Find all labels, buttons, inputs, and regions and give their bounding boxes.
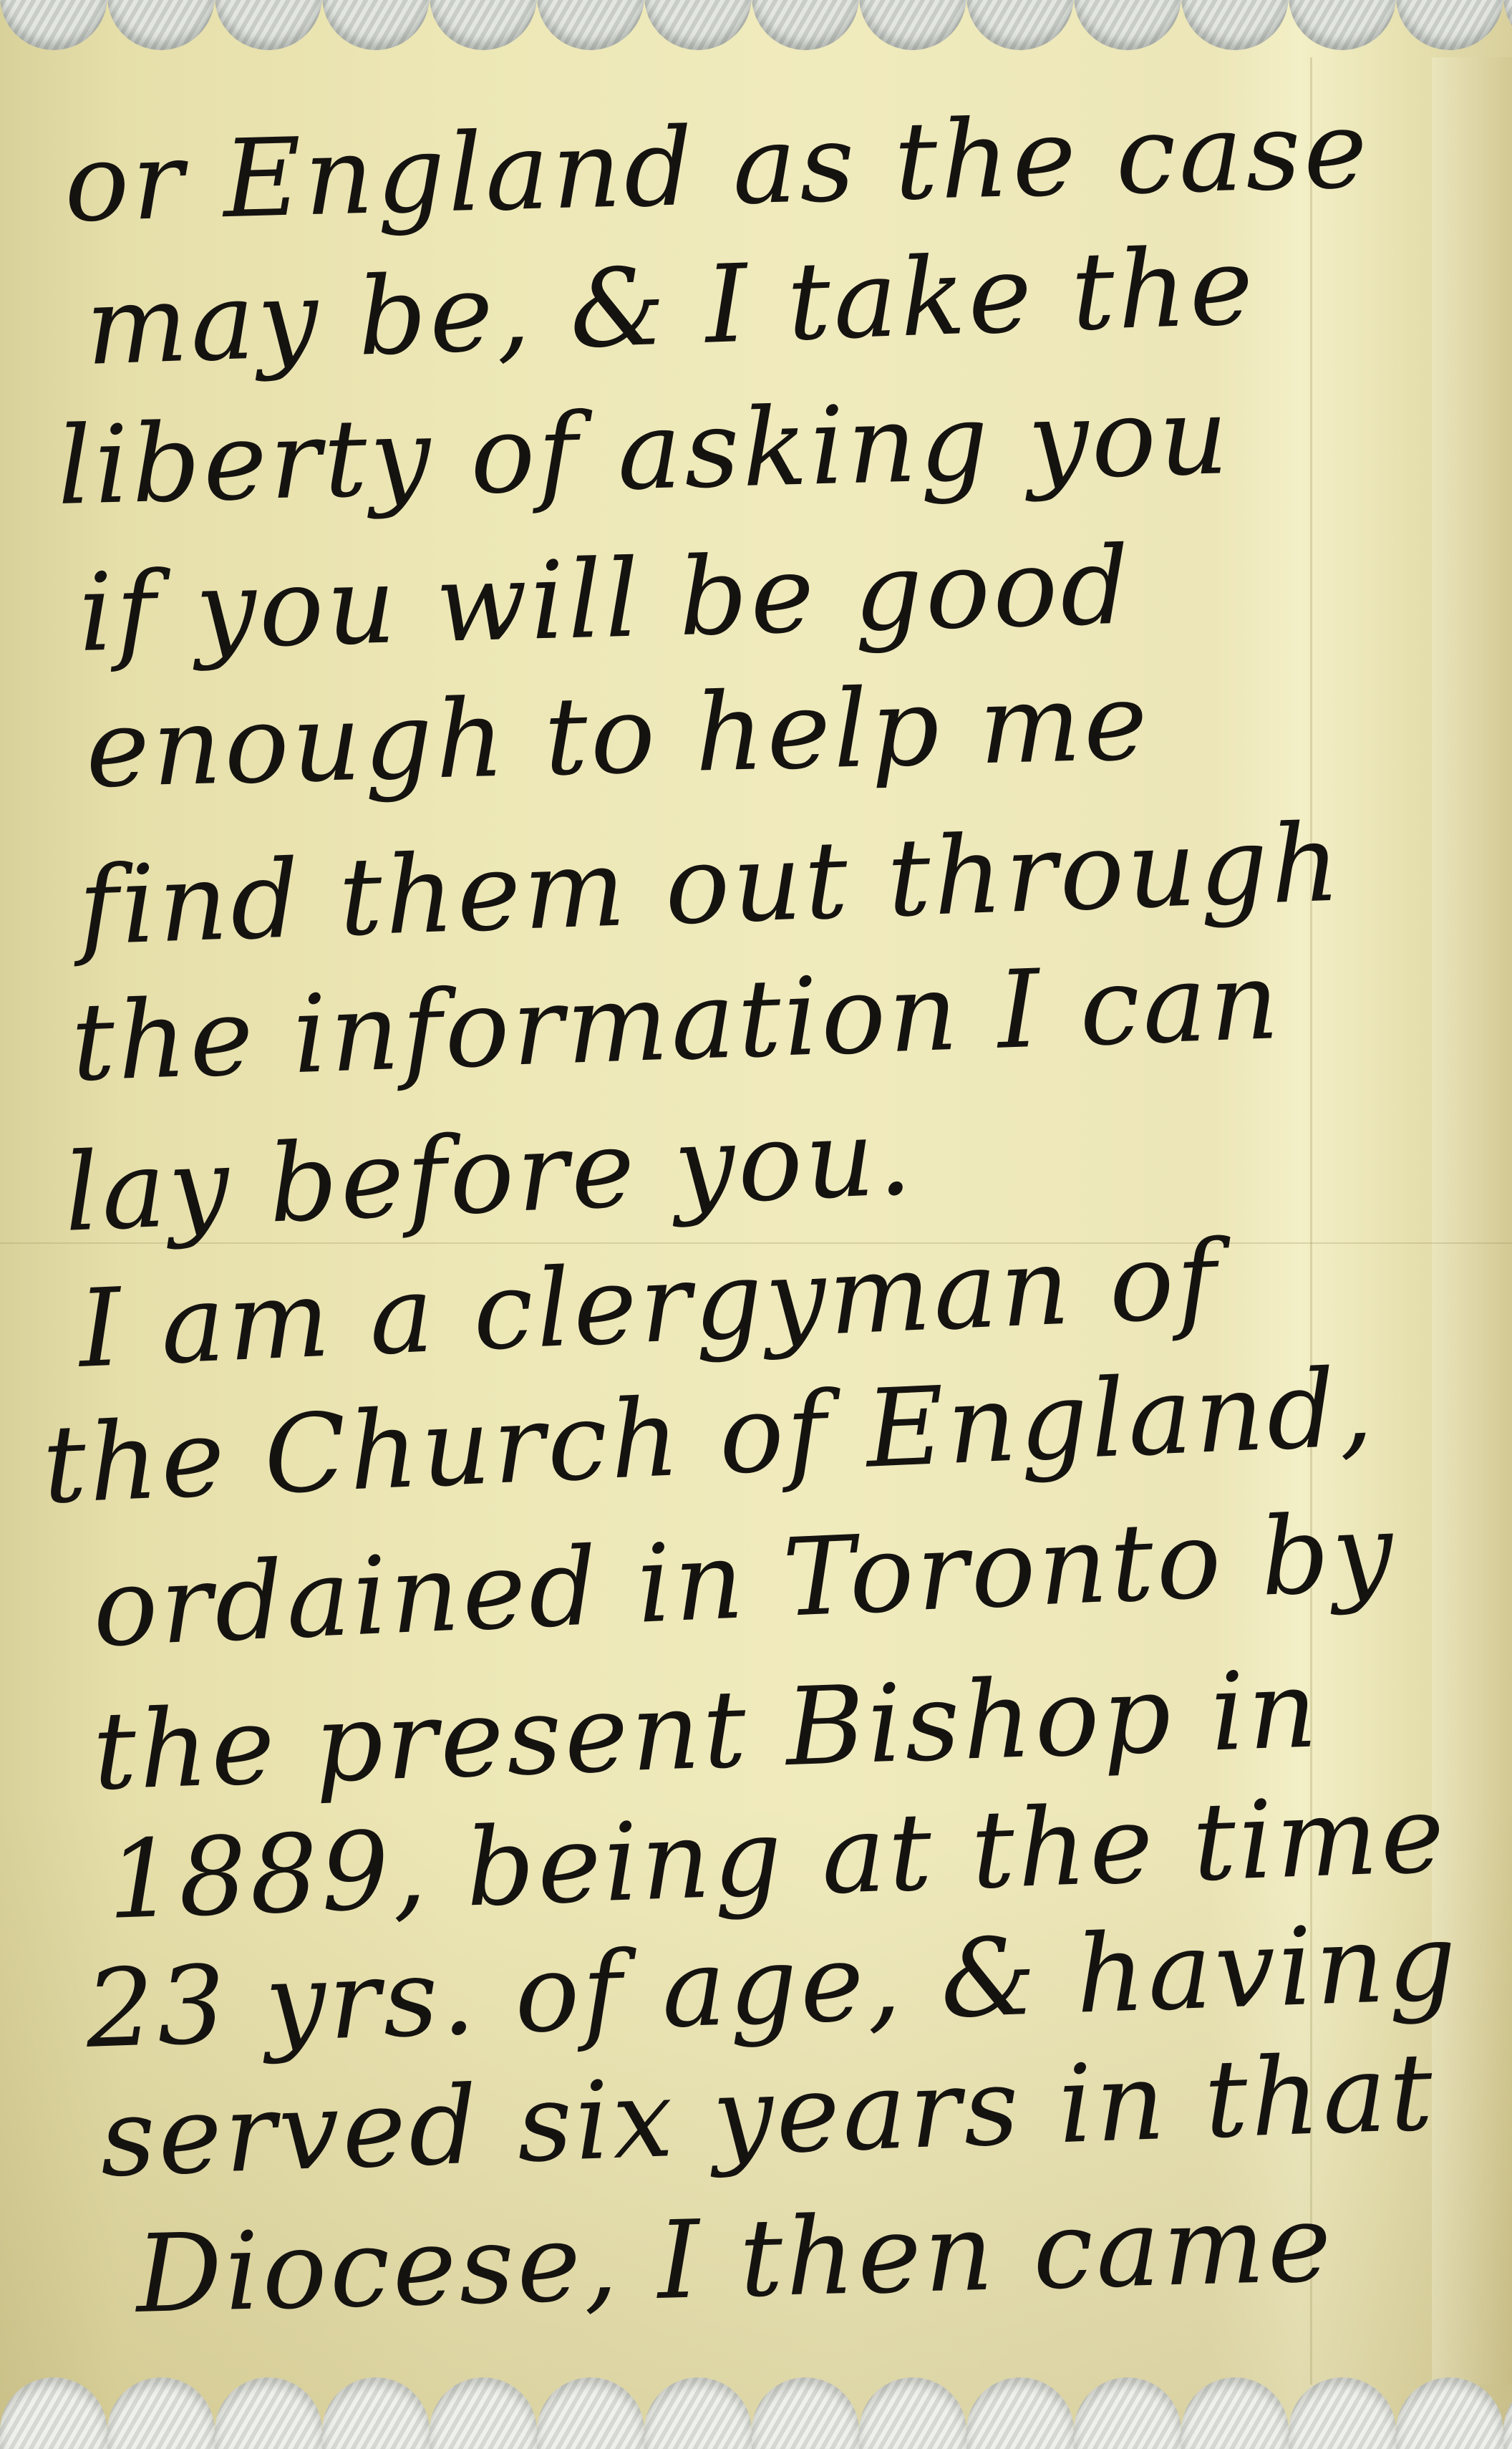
top-ribbon-trim — [0, 0, 1512, 50]
paper-fold-shadow — [1432, 57, 1512, 2385]
bottom-ribbon-trim — [0, 2377, 1512, 2449]
